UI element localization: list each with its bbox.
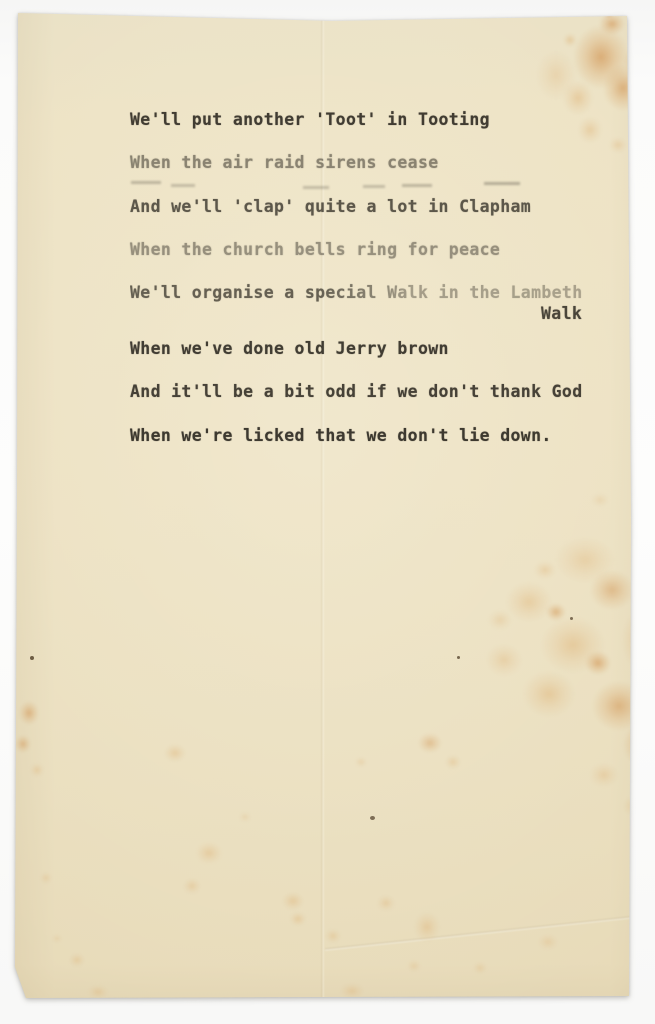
foxing-stain	[638, 394, 650, 406]
foxing-stain	[164, 744, 186, 762]
poem-line-3: And we'll 'clap' quite a lot in Clapham	[130, 197, 531, 216]
foxing-stain	[15, 735, 31, 753]
foxing-stain	[418, 733, 442, 753]
foxing-stain	[19, 701, 39, 725]
poem-line-6-walk-continuation: Walk	[541, 304, 582, 323]
foxing-stain	[414, 912, 440, 942]
foxing-stain	[536, 50, 576, 100]
foxing-stain	[590, 570, 634, 610]
foxing-stain	[196, 842, 222, 864]
foxing-stain	[591, 493, 609, 507]
foxing-stain	[623, 796, 645, 816]
foxing-stain	[604, 9, 614, 18]
dark-speck	[570, 617, 573, 620]
poem-line-7: When we've done old Jerry brown	[130, 339, 449, 358]
poem-line-5: We'll organise a special Walk in the Lam…	[130, 283, 583, 302]
dark-speck	[457, 656, 460, 659]
foxing-stain	[183, 878, 201, 894]
foxing-stain	[239, 812, 251, 822]
ghost-impression-mark	[303, 186, 329, 189]
dark-speck	[370, 816, 375, 820]
scanned-document-page: We'll put another 'Toot' in Tooting When…	[0, 0, 655, 1024]
poem-line-1: We'll put another 'Toot' in Tooting	[130, 110, 490, 129]
foxing-stain	[355, 757, 367, 767]
foxing-stain	[638, 91, 654, 109]
foxing-stain	[282, 892, 304, 910]
poem-line-4: When the church bells ring for peace	[130, 240, 500, 259]
ghost-impression-mark	[402, 184, 432, 187]
foxing-stain	[590, 763, 618, 787]
dark-speck	[30, 656, 34, 660]
foxing-stain	[639, 160, 655, 180]
foxing-stain	[30, 763, 44, 777]
foxing-stain	[628, 236, 642, 248]
ghost-impression-mark	[363, 185, 385, 188]
paper-sheet: We'll put another 'Toot' in Tooting When…	[0, 0, 655, 1024]
poem-line-9: When we're licked that we don't lie down…	[130, 426, 552, 445]
foxing-stain	[563, 33, 577, 47]
foxing-stain	[578, 117, 602, 143]
foxing-stain	[52, 934, 62, 943]
foxing-stain	[622, 610, 655, 670]
foxing-stain	[407, 960, 421, 972]
foxing-stain	[546, 603, 566, 621]
foxing-stain	[473, 962, 487, 974]
ghost-impression-mark	[171, 184, 195, 187]
foxing-stain	[624, 42, 655, 82]
foxing-stain	[609, 137, 627, 153]
foxing-stain	[640, 317, 655, 343]
foxing-stain	[340, 983, 364, 999]
foxing-stain	[488, 610, 512, 630]
paper-shadow-wrapper: We'll put another 'Toot' in Tooting When…	[0, 0, 655, 1024]
foxing-stain	[445, 755, 461, 769]
foxing-stain	[40, 872, 52, 884]
foxing-stain	[290, 912, 306, 926]
foxing-stain	[534, 561, 556, 579]
foxing-stain	[88, 985, 108, 999]
foxing-stain	[325, 929, 341, 943]
foxing-stain	[592, 681, 646, 731]
foxing-stain	[486, 644, 522, 676]
foxing-stain	[377, 895, 395, 911]
poem-line-2: When the air raid sirens cease	[130, 153, 439, 172]
foxing-stain	[523, 671, 575, 717]
foxing-stain	[585, 651, 611, 675]
foxing-stain	[506, 582, 552, 622]
foxing-stain	[603, 65, 643, 111]
ghost-impression-mark	[131, 181, 161, 184]
foxing-stain	[69, 953, 85, 967]
foxing-stain	[623, 723, 655, 767]
foxing-stain	[538, 934, 558, 950]
ghost-impression-mark	[484, 182, 520, 185]
poem-line-8: And it'll be a bit odd if we don't thank…	[130, 382, 583, 401]
